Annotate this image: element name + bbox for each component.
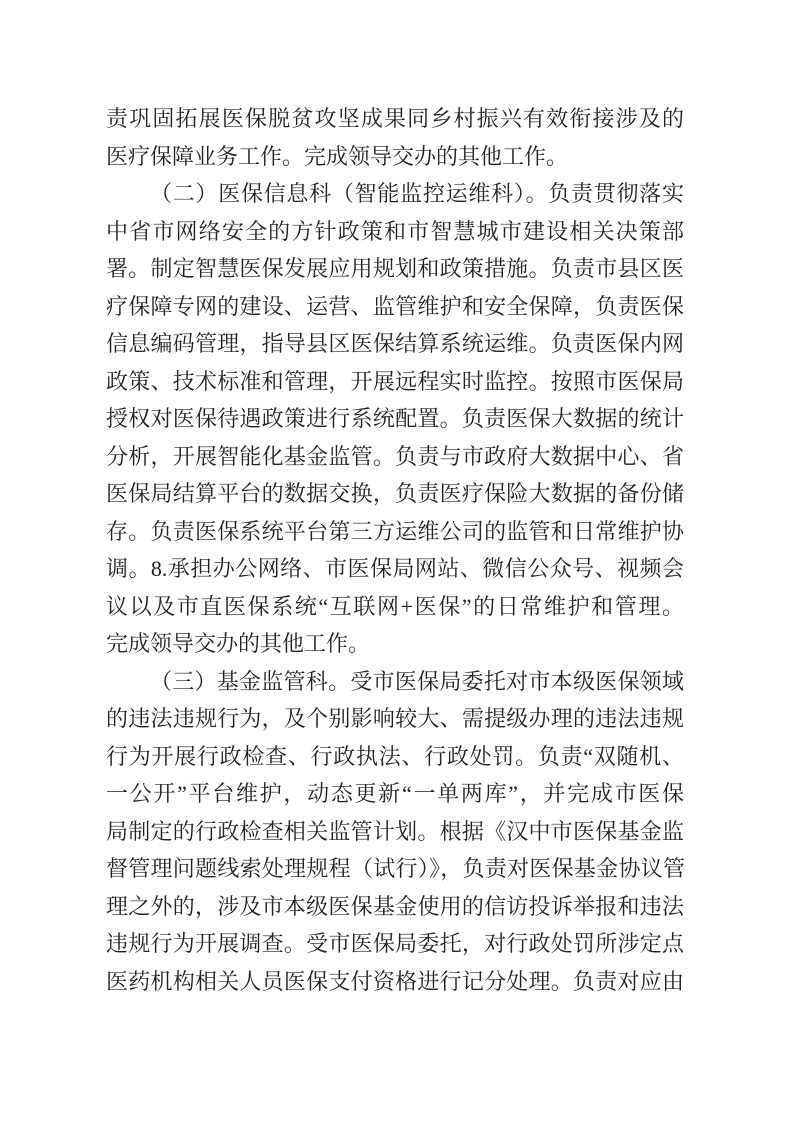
text-line: 医保局结算平台的数据交换，负责医疗保险大数据的备份储 — [106, 475, 684, 513]
text-line: 分析，开展智能化基金监管。负责与市政府大数据中心、省 — [106, 438, 684, 476]
text-line: 疗保障专网的建设、运营、监管维护和安全保障，负责医保 — [106, 288, 684, 326]
text-line: 的违法违规行为，及个别影响较大、需提级办理的违法违规 — [106, 700, 684, 738]
text-line: 理之外的，涉及市本级医保基金使用的信访投诉举报和违法 — [106, 888, 684, 926]
text-line: 责巩固拓展医保脱贫攻坚成果同乡村振兴有效衔接涉及的 — [106, 100, 684, 138]
text-line: 督管理问题线索处理规程（试行）》，负责对医保基金协议管 — [106, 850, 684, 888]
text-line: 一公开”平台维护，动态更新“一单两库”，并完成市医保 — [106, 775, 684, 813]
text-line: （二）医保信息科（智能监控运维科）。负责贯彻落实 — [106, 175, 684, 213]
text-line: 政策、技术标准和管理，开展远程实时监控。按照市医保局 — [106, 363, 684, 401]
document-page: 责巩固拓展医保脱贫攻坚成果同乡村振兴有效衔接涉及的医疗保障业务工作。完成领导交办… — [0, 0, 793, 1122]
text-line: 完成领导交办的其他工作。 — [106, 625, 684, 663]
text-line: （三）基金监管科。受市医保局委托对市本级医保领域 — [106, 663, 684, 701]
text-line: 违规行为开展调查。受市医保局委托，对行政处罚所涉定点 — [106, 925, 684, 963]
text-line: 议以及市直医保系统“互联网+医保”的日常维护和管理。 — [106, 588, 684, 626]
text-line: 局制定的行政检查相关监管计划。根据《汉中市医保基金监 — [106, 813, 684, 851]
text-line: 行为开展行政检查、行政执法、行政处罚。负责“双随机、 — [106, 738, 684, 776]
text-line: 存。负责医保系统平台第三方运维公司的监管和日常维护协 — [106, 513, 684, 551]
text-line: 中省市网络安全的方针政策和市智慧城市建设相关决策部 — [106, 213, 684, 251]
text-line: 医药机构相关人员医保支付资格进行记分处理。负责对应由 — [106, 963, 684, 1001]
document-text-block: 责巩固拓展医保脱贫攻坚成果同乡村振兴有效衔接涉及的医疗保障业务工作。完成领导交办… — [106, 100, 684, 1000]
text-line: 调。8.承担办公网络、市医保局网站、微信公众号、视频会 — [106, 550, 684, 588]
text-line: 署。制定智慧医保发展应用规划和政策措施。负责市县区医 — [106, 250, 684, 288]
text-line: 授权对医保待遇政策进行系统配置。负责医保大数据的统计 — [106, 400, 684, 438]
text-line: 信息编码管理，指导县区医保结算系统运维。负责医保内网 — [106, 325, 684, 363]
text-line: 医疗保障业务工作。完成领导交办的其他工作。 — [106, 138, 684, 176]
